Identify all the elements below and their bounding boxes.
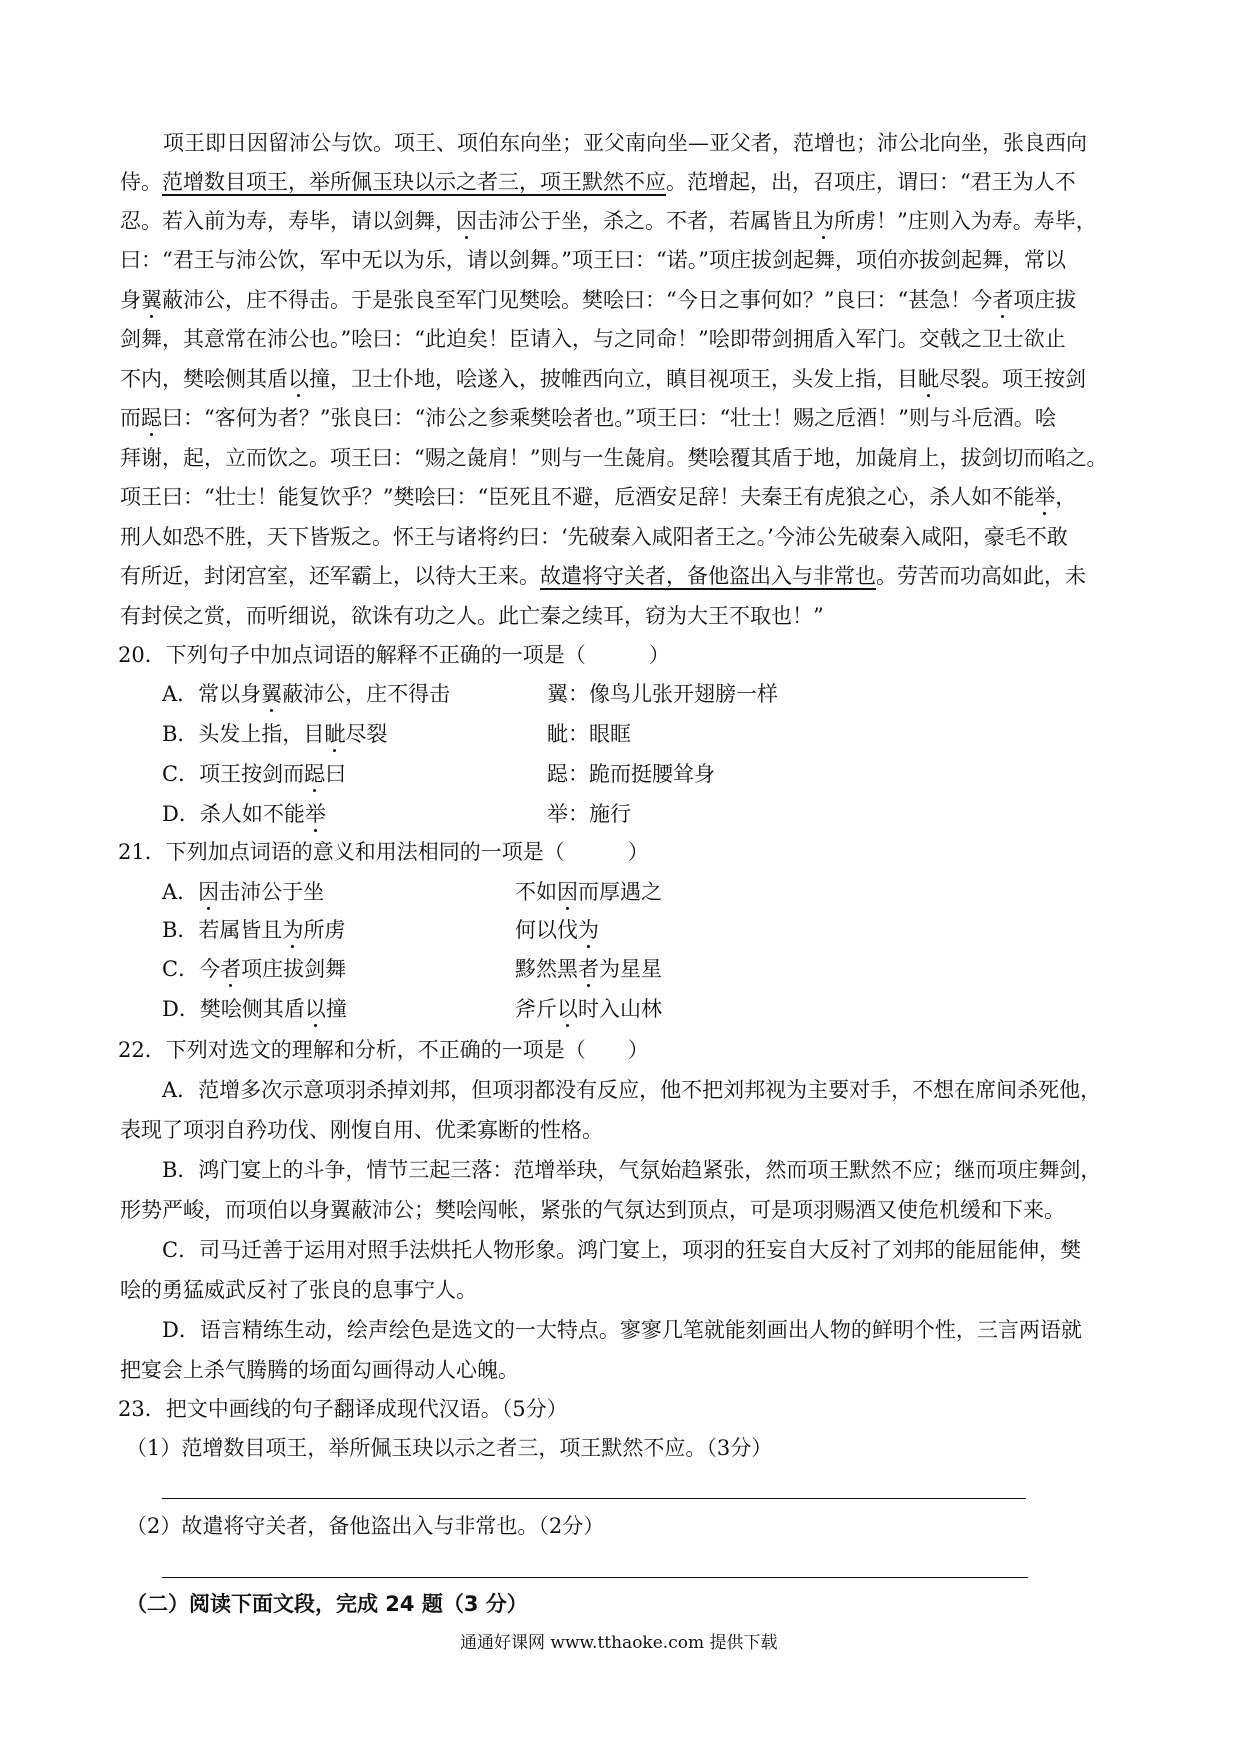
text-span: 举：施行 — [547, 802, 631, 826]
text-span: 21．下列加点词语的意义和用法相同的一项是（ ） — [118, 840, 649, 864]
text-span: C．项王按剑而 — [162, 762, 304, 786]
passage-line: 项王即日因留沛公与饮。项王、项伯东向坐；亚父南向坐—亚父者，范增也；沛公北向坐，… — [163, 131, 1087, 155]
text-span: A．常以身 — [162, 682, 261, 706]
text-span: 斧斤 — [515, 997, 557, 1021]
text-span: D．樊哙侧其盾 — [162, 997, 305, 1021]
passage-line: 身翼蔽沛公，庄不得击。于是张良至军门见樊哙。樊哙曰：“今日之事何如？”良曰：“甚… — [120, 288, 1076, 312]
text-span: B．头发上指，目 — [162, 722, 324, 746]
text-span: 。劳苦而功高如此，未 — [876, 564, 1086, 588]
text-span: 刑人如恐不胜，天下皆叛之。怀王与诸将约曰：‘先破秦入咸阳者王之。’今沛公先破秦入… — [120, 525, 1068, 549]
emphasized-char: 眦 — [918, 367, 939, 391]
question-stem: 23．把文中画线的句子翻译成现代汉语。（5分） — [118, 1397, 568, 1421]
text-span: 项王曰：“壮士！能复饮乎？”樊哙曰：“臣死且不避，卮酒安足辞！夫秦王有虎狼之心，… — [120, 485, 1034, 509]
text-span: （2）故遣将守关者，备他盗出入与非常也。（2分） — [126, 1514, 604, 1538]
text-span: 时入山林 — [578, 997, 662, 1021]
emphasized-char: 翼 — [261, 682, 282, 706]
option-A-compare: 翼：像鸟儿张开翅膀一样 — [547, 682, 778, 706]
option-A-sentence: A．常以身翼蔽沛公，庄不得击 — [162, 682, 450, 706]
emphasized-char: 举 — [305, 802, 326, 826]
text-span: （1）范增数目项王，举所佩玉玦以示之者三，项王默然不应。（3分） — [126, 1436, 772, 1460]
text-span: 身 — [120, 288, 141, 312]
emphasized-char: 者 — [992, 288, 1013, 312]
text-span: 曰：“客何为者？”张良曰：“沛公之参乘樊哙者也。”项王曰：“壮士！赐之卮酒！”则… — [162, 406, 1056, 430]
text-span: 蔽沛公，庄不得击 — [282, 682, 450, 706]
option-D-sentence: D．樊哙侧其盾以撞 — [162, 997, 347, 1021]
text-span: 所虏！”庄则入为寿。寿毕， — [834, 209, 1097, 233]
emphasized-char: 跽 — [304, 762, 325, 786]
text-span: 曰：“君王与沛公饮，军中无以为乐，请以剑舞。”项王曰：“诺。”项庄拔剑起舞，项伯… — [120, 248, 1066, 272]
option-B-compare: 何以伐为 — [515, 918, 599, 942]
option-A-sentence: A．因击沛公于坐 — [162, 880, 324, 904]
text-span: 把宴会上杀气腾腾的场面勾画得动人心魄。 — [120, 1358, 519, 1382]
emphasized-char: 为 — [282, 918, 303, 942]
text-span: 23．把文中画线的句子翻译成现代汉语。（5分） — [118, 1397, 568, 1421]
text-span: D．杀人如不能 — [162, 802, 305, 826]
passage-line: 剑舞，其意常在沛公也。”哙曰：“此迫矣！臣请入，与之同命！”哙即带剑拥盾入军门。… — [120, 327, 1066, 351]
analysis-line: 形势严峻，而项伯以身翼蔽沛公；樊哙闯帐，紧张的气氛达到顶点，可是项羽赐酒又使危机… — [120, 1198, 1065, 1222]
option-C-compare: 黟然黑者为星星 — [515, 957, 662, 981]
emphasized-char: 举 — [1034, 485, 1055, 509]
text-span: 项庄拔 — [1013, 288, 1076, 312]
text-span: 跽：跪而挺腰耸身 — [547, 762, 715, 786]
emphasized-char: 跽 — [141, 406, 162, 430]
passage-line: 刑人如恐不胜，天下皆叛之。怀王与诸将约曰：‘先破秦入咸阳者王之。’今沛公先破秦入… — [120, 525, 1068, 549]
question-stem: 21．下列加点词语的意义和用法相同的一项是（ ） — [118, 840, 649, 864]
text-span: 击沛公于坐，杀之。不者，若属皆且 — [477, 209, 813, 233]
text-span: 而厚遇之 — [578, 880, 662, 904]
passage-line: 有所近，封闭宫室，还军霸上，以待大王来。故遣将守关者，备他盗出入与非常也。劳苦而… — [120, 564, 1086, 588]
text-span: 剑舞，其意常在沛公也。”哙曰：“此迫矣！臣请入，与之同命！”哙即带剑拥盾入军门。… — [120, 327, 1066, 351]
text-span: 撞，卫士仆地，哙遂入，披帷西向立，瞋目视项王，头发上指，目 — [309, 367, 918, 391]
emphasized-char: 翼 — [141, 288, 162, 312]
analysis-line: D．语言精练生动，绘声绘色是选文的一大特点。寥寥几笔就能刻画出人物的鲜明个性，三… — [162, 1318, 1082, 1342]
text-span: 拜谢，起，立而饮之。项王曰：“赐之彘肩！”则与一生彘肩。樊哙覆其盾于地，加彘肩上… — [120, 446, 1107, 470]
text-span: 翼：像鸟儿张开翅膀一样 — [547, 682, 778, 706]
text-span: ， — [1055, 485, 1076, 509]
text-span: 表现了项羽自矜功伐、刚愎自用、优柔寡断的性格。 — [120, 1118, 603, 1142]
text-span: 项王即日因留沛公与饮。项王、项伯东向坐；亚父南向坐—亚父者，范增也；沛公北向坐，… — [163, 131, 1087, 155]
text-span: 蔽沛公，庄不得击。于是张良至军门见樊哙。樊哙曰：“今日之事何如？”良曰：“甚急！… — [162, 288, 992, 312]
option-B-sentence: B．若属皆且为所虏 — [162, 918, 345, 942]
text-span: C．今 — [162, 957, 220, 981]
passage-line: 不内，樊哙侧其盾以撞，卫士仆地，哙遂入，披帷西向立，瞋目视项王，头发上指，目眦尽… — [120, 367, 1086, 391]
text-span: 忍。若入前为寿，寿毕，请以剑舞， — [120, 209, 456, 233]
passage-line: 拜谢，起，立而饮之。项王曰：“赐之彘肩！”则与一生彘肩。樊哙覆其盾于地，加彘肩上… — [120, 446, 1107, 470]
emphasized-char: 者 — [220, 957, 241, 981]
section-2-heading: （二）阅读下面文段，完成 24 题（3 分） — [126, 1592, 528, 1616]
option-D-compare: 举：施行 — [547, 802, 631, 826]
text-span: 不如 — [515, 880, 557, 904]
text-span: 而 — [120, 406, 141, 430]
translation-prompt: （2）故遣将守关者，备他盗出入与非常也。（2分） — [126, 1514, 604, 1538]
text-span: 。范增起，出，召项庄，谓曰：“君王为人不 — [666, 170, 1076, 194]
text-span: 形势严峻，而项伯以身翼蔽沛公；樊哙闯帐，紧张的气氛达到顶点，可是项羽赐酒又使危机… — [120, 1198, 1065, 1222]
text-span: C．司马迁善于运用对照手法烘托人物形象。鸿门宴上，项羽的狂妄自大反衬了刘邦的能屈… — [162, 1238, 1081, 1262]
analysis-line: A．范增多次示意项羽杀掉刘邦，但项羽都没有反应，他不把刘邦视为主要对手，不想在席… — [162, 1078, 1101, 1102]
answer-blank-line-2[interactable] — [162, 1577, 1028, 1578]
analysis-line: C．司马迁善于运用对照手法烘托人物形象。鸿门宴上，项羽的狂妄自大反衬了刘邦的能屈… — [162, 1238, 1081, 1262]
text-span: D．语言精练生动，绘声绘色是选文的一大特点。寥寥几笔就能刻画出人物的鲜明个性，三… — [162, 1318, 1082, 1342]
emphasized-char: 以 — [288, 367, 309, 391]
text-span: B．鸿门宴上的斗争，情节三起三落：范增举玦，气氛始趋紧张，然而项王默然不应；继而… — [162, 1158, 1101, 1182]
emphasized-char: 以 — [557, 997, 578, 1021]
analysis-line: B．鸿门宴上的斗争，情节三起三落：范增举玦，气氛始趋紧张，然而项王默然不应；继而… — [162, 1158, 1101, 1182]
option-B-compare: 眦：眼眶 — [547, 722, 631, 746]
underlined-sentence: 范增数目项王，举所佩玉玦以示之者三，项王默然不应 — [162, 170, 666, 194]
text-span: 撞 — [326, 997, 347, 1021]
text-span: 22．下列对选文的理解和分析，不正确的一项是（ ） — [118, 1038, 649, 1062]
text-span: 所虏 — [303, 918, 345, 942]
passage-line: 项王曰：“壮士！能复饮乎？”樊哙曰：“臣死且不避，卮酒安足辞！夫秦王有虎狼之心，… — [120, 485, 1076, 509]
passage-line: 忍。若入前为寿，寿毕，请以剑舞，因击沛公于坐，杀之。不者，若属皆且为所虏！”庄则… — [120, 209, 1097, 233]
text-span: 尽裂。项王按剑 — [939, 367, 1086, 391]
underlined-sentence: 故遣将守关者，备他盗出入与非常也 — [540, 564, 876, 588]
emphasized-char: 因 — [456, 209, 477, 233]
text-span: 项庄拔剑舞 — [241, 957, 346, 981]
emphasized-char: 为 — [578, 918, 599, 942]
analysis-line: 把宴会上杀气腾腾的场面勾画得动人心魄。 — [120, 1358, 519, 1382]
emphasized-char: 眦 — [324, 722, 345, 746]
footer-source: 通通好课网 www.tthaoke.com 提供下载 — [460, 1628, 777, 1653]
question-stem: 22．下列对选文的理解和分析，不正确的一项是（ ） — [118, 1038, 649, 1062]
analysis-line: 哙的勇猛威武反衬了张良的息事宁人。 — [120, 1278, 477, 1302]
text-span: A．范增多次示意项羽杀掉刘邦，但项羽都没有反应，他不把刘邦视为主要对手，不想在席… — [162, 1078, 1101, 1102]
text-span: 曰 — [325, 762, 346, 786]
text-span: 眦：眼眶 — [547, 722, 631, 746]
option-D-sentence: D．杀人如不能举 — [162, 802, 326, 826]
text-span: 有封侯之赏，而听细说，欲诛有功之人。此亡秦之续耳，窃为大王不取也！” — [120, 604, 824, 628]
translation-prompt: （1）范增数目项王，举所佩玉玦以示之者三，项王默然不应。（3分） — [126, 1436, 772, 1460]
text-span: B．若属皆且 — [162, 918, 282, 942]
text-span: A． — [162, 880, 198, 904]
text-span: 尽裂 — [345, 722, 387, 746]
text-span: 黟然黑 — [515, 957, 578, 981]
passage-line: 而跽曰：“客何为者？”张良曰：“沛公之参乘樊哙者也。”项王曰：“壮士！赐之卮酒！… — [120, 406, 1056, 430]
text-span: 侍。 — [120, 170, 162, 194]
option-B-sentence: B．头发上指，目眦尽裂 — [162, 722, 387, 746]
emphasized-char: 以 — [305, 997, 326, 1021]
text-span: 为星星 — [599, 957, 662, 981]
text-span: 20．下列句子中加点词语的解释不正确的一项是（ ） — [118, 643, 670, 667]
text-span: 击沛公于坐 — [219, 880, 324, 904]
option-A-compare: 不如因而厚遇之 — [515, 880, 662, 904]
passage-line: 有封侯之赏，而听细说，欲诛有功之人。此亡秦之续耳，窃为大王不取也！” — [120, 604, 824, 628]
question-stem: 20．下列句子中加点词语的解释不正确的一项是（ ） — [118, 643, 670, 667]
emphasized-char: 为 — [813, 209, 834, 233]
analysis-line: 表现了项羽自矜功伐、刚愎自用、优柔寡断的性格。 — [120, 1118, 603, 1142]
emphasized-char: 因 — [198, 880, 219, 904]
passage-line: 侍。范增数目项王，举所佩玉玦以示之者三，项王默然不应。范增起，出，召项庄，谓曰：… — [120, 170, 1076, 194]
text-span: 有所近，封闭宫室，还军霸上，以待大王来。 — [120, 564, 540, 588]
option-C-sentence: C．项王按剑而跽曰 — [162, 762, 346, 786]
text-span: 不内，樊哙侧其盾 — [120, 367, 288, 391]
text-span: 哙的勇猛威武反衬了张良的息事宁人。 — [120, 1278, 477, 1302]
passage-line: 曰：“君王与沛公饮，军中无以为乐，请以剑舞。”项王曰：“诺。”项庄拔剑起舞，项伯… — [120, 248, 1066, 272]
emphasized-char: 因 — [557, 880, 578, 904]
emphasized-char: 者 — [578, 957, 599, 981]
option-D-compare: 斧斤以时入山林 — [515, 997, 662, 1021]
answer-blank-line-1[interactable] — [162, 1498, 1026, 1499]
option-C-sentence: C．今者项庄拔剑舞 — [162, 957, 346, 981]
text-span: 何以伐 — [515, 918, 578, 942]
option-C-compare: 跽：跪而挺腰耸身 — [547, 762, 715, 786]
